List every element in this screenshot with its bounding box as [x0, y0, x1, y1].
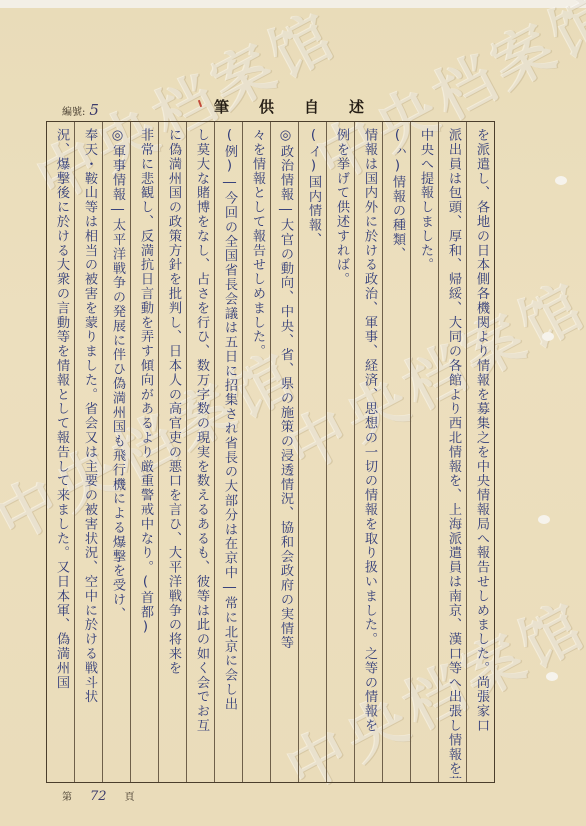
handwritten-line: (イ)国内情報、: [300, 128, 326, 778]
manuscript-column: 況、爆撃後に於ける大衆の言動等を情報として報告して来ました。又日本軍、偽満州国: [47, 122, 74, 782]
manuscript-grid: 況、爆撃後に於ける大衆の言動等を情報として報告して来ました。又日本軍、偽満州国 …: [46, 121, 495, 783]
document-page: 中央档案馆 中央档案馆 中央档案馆 中央档案馆 中央档案馆 編號:5 筆 供 自…: [0, 0, 586, 826]
title-char: 筆: [214, 96, 229, 117]
punch-hole: [555, 176, 567, 185]
handwritten-line: 奉天・鞍山等は相当の被害を蒙りました。省会又は主要の被害状況、空中に於ける戦斗状: [76, 128, 102, 778]
handwritten-line: 派出員は包頭、厚和、帰綏、大同の各館より西北情報を、上海派遣員は南京、漢口等へ出…: [440, 128, 466, 778]
handwritten-line: ◎軍事情報―太平洋戦争の発展に伴ひ偽満州国も飛行機による爆撃を受け、: [104, 128, 130, 778]
handwritten-line: 例を挙げて供述すれば。: [328, 128, 354, 778]
handwritten-line: 況、爆撃後に於ける大衆の言動等を情報として報告して来ました。又日本軍、偽満州国: [48, 128, 74, 778]
manuscript-column: 例を挙げて供述すれば。: [326, 122, 354, 782]
handwritten-line: 々を情報として報告せしめました。: [244, 128, 270, 778]
manuscript-column: し莫大な賭博をなし、占さを行ひ、数万字数の現実を数えるあるも、彼等は此の如く会で…: [186, 122, 214, 782]
document-title: 筆 供 自 述: [214, 96, 364, 117]
handwritten-line: (例)―今回の全国省長会議は五日に招集され省長の大部分は在京中―常に北京に会し出: [216, 128, 242, 778]
manuscript-column: ◎軍事情報―太平洋戦争の発展に伴ひ偽満州国も飛行機による爆撃を受け、: [102, 122, 130, 782]
handwritten-line: を派遣し、各地の日本側各機関より情報を募集之を中央情報局へ報告せしめました。尚張…: [468, 128, 494, 778]
page-prefix: 第: [62, 788, 72, 803]
punch-hole: [538, 515, 550, 524]
serial-label: 編號:: [62, 107, 85, 118]
manuscript-column: 奉天・鞍山等は相当の被害を蒙りました。省会又は主要の被害状況、空中に於ける戦斗状: [74, 122, 102, 782]
serial-value: 5: [89, 101, 99, 119]
title-char: 述: [349, 96, 364, 117]
punch-hole: [546, 672, 558, 681]
handwritten-line: に偽満州国の政策方針を批判し、日本人の高官吏の悪口を言ひ、大平洋戦争の将来を: [160, 128, 186, 778]
manuscript-column: 非常に悲観し、反満抗日言動を弄す傾向があるより厳重警戒中なり。(首都): [130, 122, 158, 782]
serial-number: 編號:5: [62, 101, 99, 119]
manuscript-column: (ㇵ)情報の種類、: [382, 122, 410, 782]
manuscript-column: (例)―今回の全国省長会議は五日に招集され省長の大部分は在京中―常に北京に会し出: [214, 122, 242, 782]
handwritten-line: (ㇵ)情報の種類、: [384, 128, 410, 778]
manuscript-column: 中央へ提報しました。: [410, 122, 438, 782]
manuscript-column: を派遣し、各地の日本側各機関より情報を募集之を中央情報局へ報告せしめました。尚張…: [466, 122, 494, 782]
page-number-value: 72: [90, 789, 107, 804]
handwritten-line: し莫大な賭博をなし、占さを行ひ、数万字数の現実を数えるあるも、彼等は此の如く会で…: [188, 128, 214, 778]
manuscript-column: ◎政治情報―大官の動向、中央、省、県の施策の浸透情況、協和会政府の実情等: [270, 122, 298, 782]
page-number: 第 72 頁: [62, 788, 135, 804]
manuscript-column: (イ)国内情報、: [298, 122, 326, 782]
title-char: 自: [304, 96, 319, 117]
page-suffix: 頁: [125, 788, 135, 803]
manuscript-column: に偽満州国の政策方針を批判し、日本人の高官吏の悪口を言ひ、大平洋戦争の将来を: [158, 122, 186, 782]
title-char: 供: [259, 96, 274, 117]
manuscript-column: 情報は国内外に於ける政治、軍事、経済、思想の一切の情報を取り扱いました。之等の情…: [354, 122, 382, 782]
handwritten-line: 情報は国内外に於ける政治、軍事、経済、思想の一切の情報を取り扱いました。之等の情…: [356, 128, 382, 778]
handwritten-line: 中央へ提報しました。: [412, 128, 438, 778]
handwritten-line: 非常に悲観し、反満抗日言動を弄す傾向があるより厳重警戒中なり。(首都): [132, 128, 158, 778]
manuscript-column: 々を情報として報告せしめました。: [242, 122, 270, 782]
punch-hole: [542, 332, 554, 341]
handwritten-line: ◎政治情報―大官の動向、中央、省、県の施策の浸透情況、協和会政府の実情等: [272, 128, 298, 778]
red-ink-mark: [198, 100, 202, 107]
manuscript-column: 派出員は包頭、厚和、帰綏、大同の各館より西北情報を、上海派遣員は南京、漢口等へ出…: [438, 122, 466, 782]
